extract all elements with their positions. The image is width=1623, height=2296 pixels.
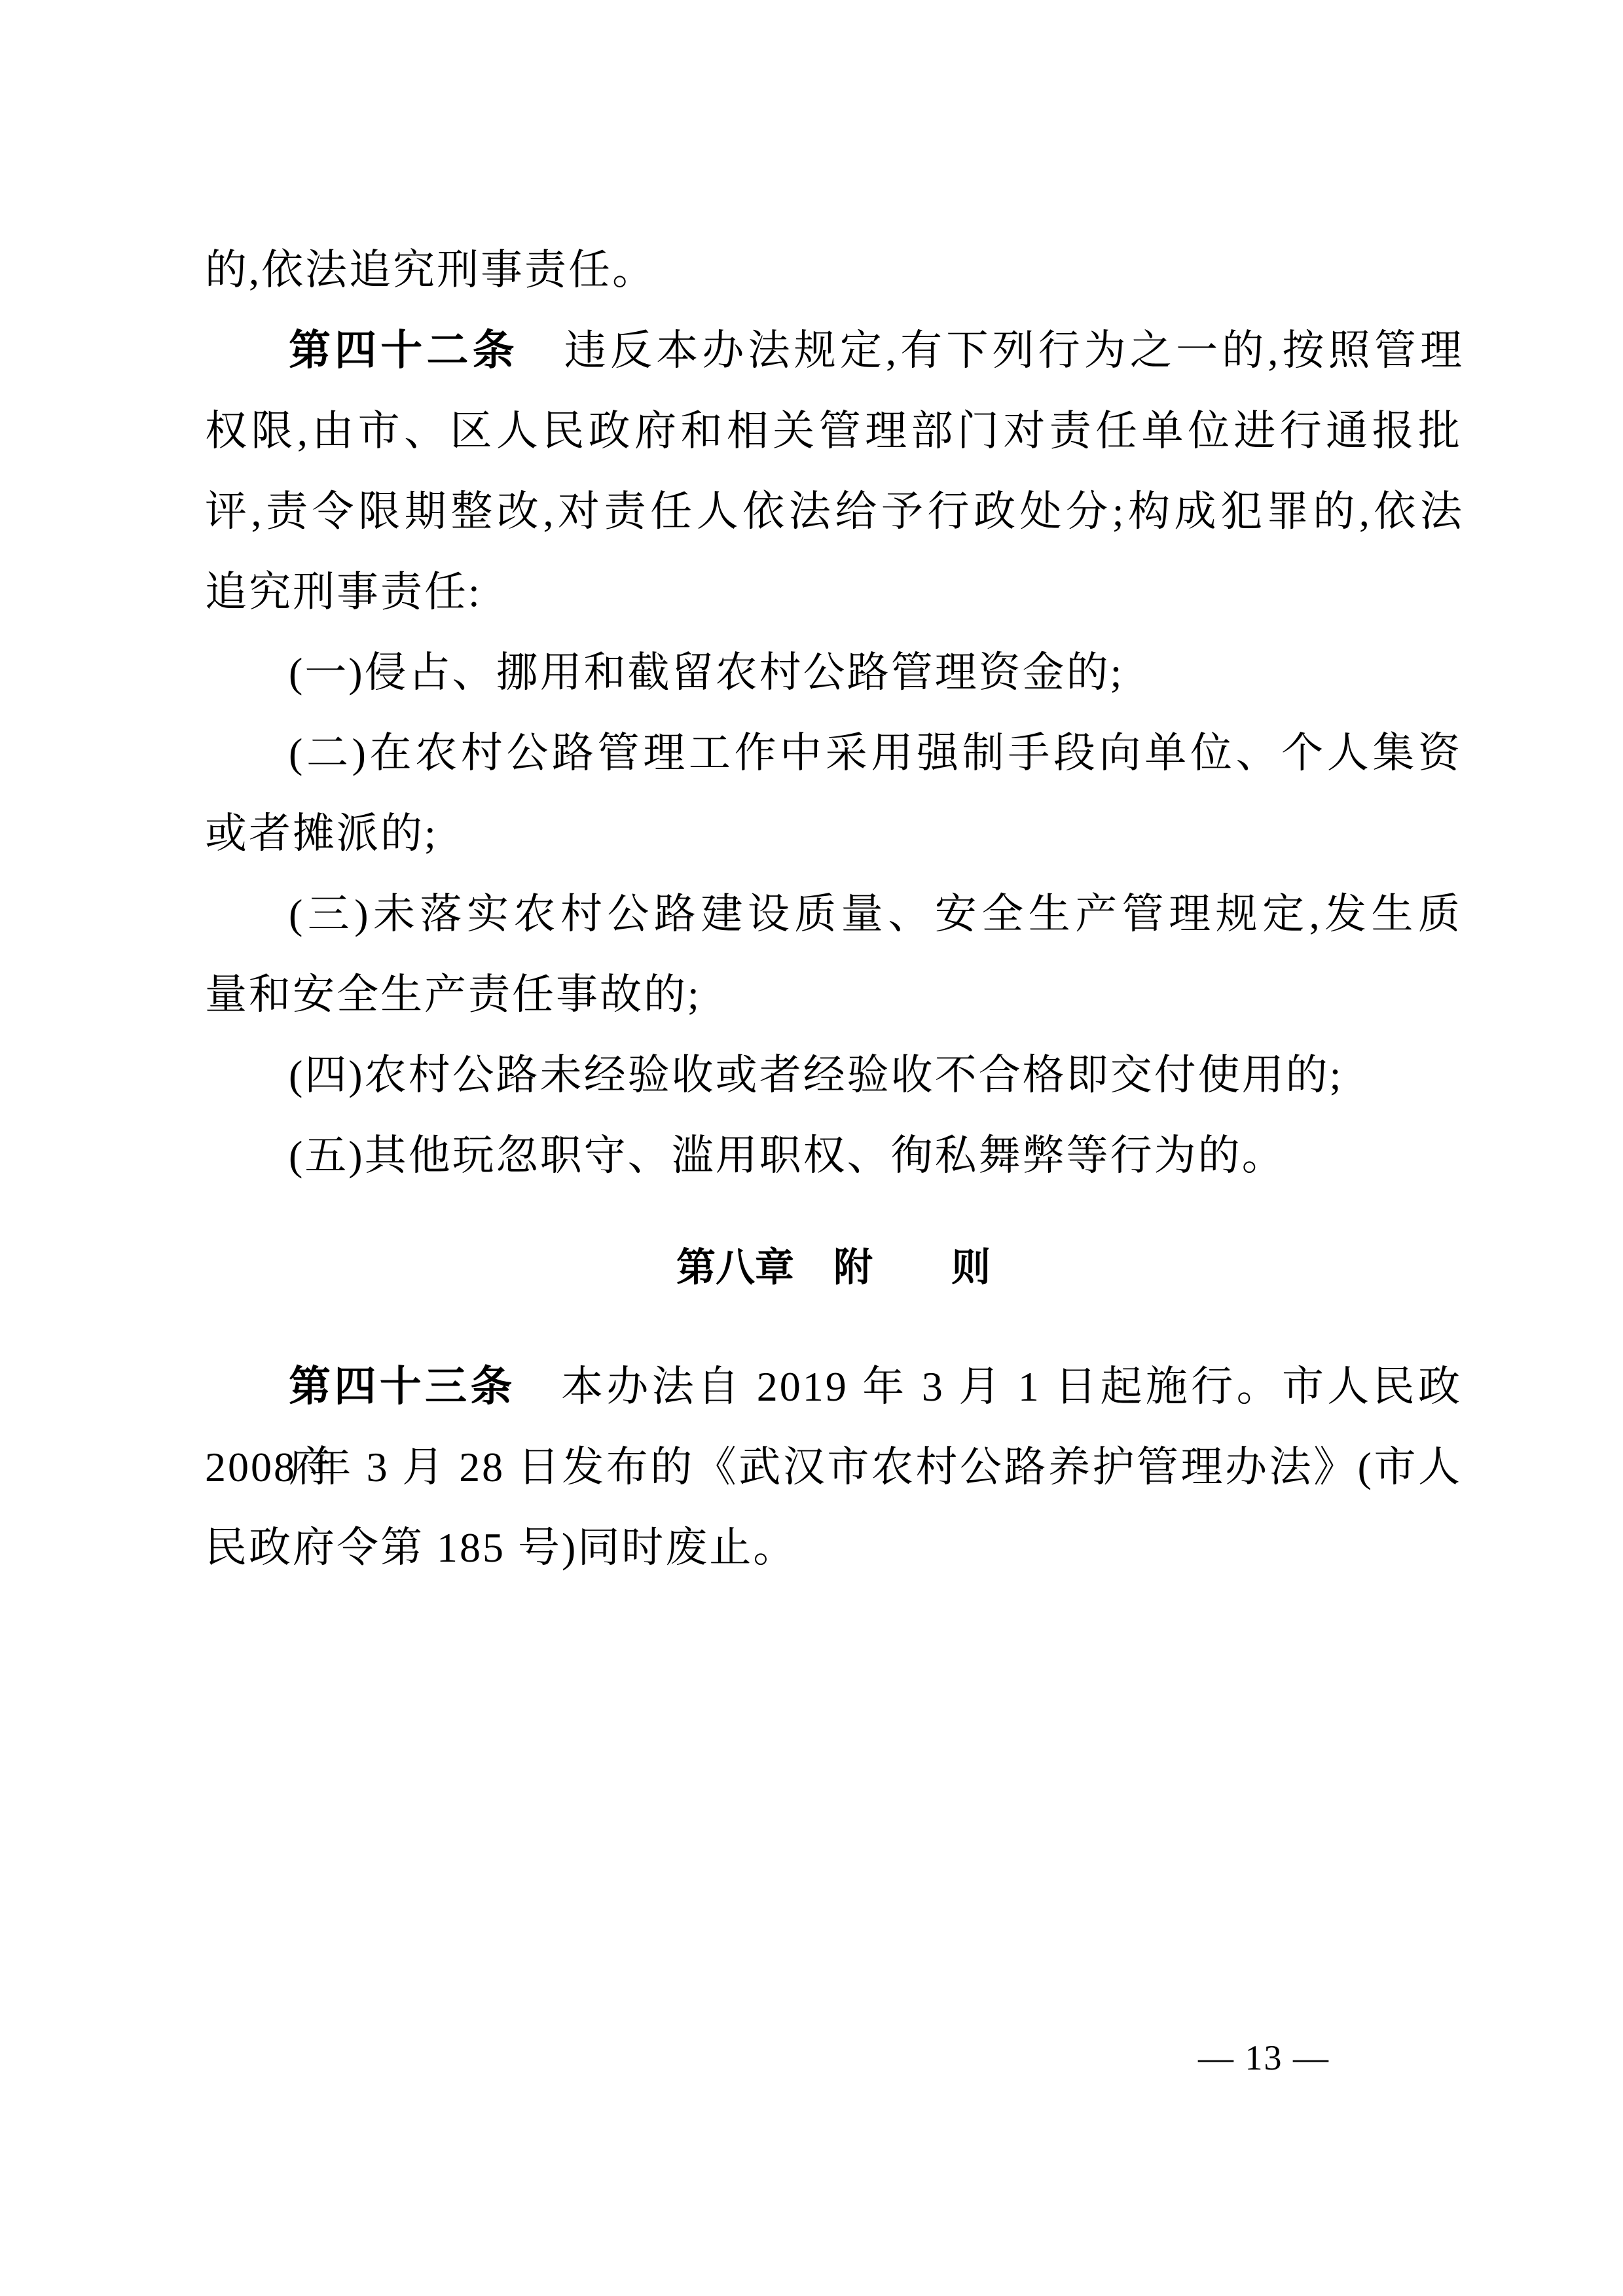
text-line: 评,责令限期整改,对责任人依法给予行政处分;构成犯罪的,依法 [205, 471, 1462, 552]
list-item-line: (二)在农村公路管理工作中采用强制手段向单位、个人集资 [205, 713, 1462, 793]
chapter-heading: 第八章 附 则 [205, 1227, 1462, 1308]
text-line: 的,依法追究刑事责任。 [205, 230, 1462, 310]
text-line: 权限,由市、区人民政府和相关管理部门对责任单位进行通报批 [205, 391, 1462, 471]
list-item-line: (一)侵占、挪用和截留农村公路管理资金的; [205, 632, 1462, 713]
article-number: 第四十二条 [289, 327, 519, 374]
list-item-line: (五)其他玩忽职守、滥用职权、徇私舞弊等行为的。 [205, 1115, 1462, 1196]
text-line: 2008 年 3 月 28 日发布的《武汉市农村公路养护管理办法》(市人 [205, 1427, 1462, 1507]
document-page: 的,依法追究刑事责任。 第四十二条 违反本办法规定,有下列行为之一的,按照管理 … [0, 0, 1623, 2296]
text-block: 的,依法追究刑事责任。 第四十二条 违反本办法规定,有下列行为之一的,按照管理 … [205, 230, 1462, 1588]
text-line: 追究刑事责任: [205, 552, 1462, 632]
list-item-line: (四)农村公路未经验收或者经验收不合格即交付使用的; [205, 1035, 1462, 1115]
text-line: 第四十二条 违反本办法规定,有下列行为之一的,按照管理 [205, 310, 1462, 391]
text-line: 量和安全生产责任事故的; [205, 954, 1462, 1035]
article-number: 第四十三条 [289, 1363, 516, 1410]
text-line: 第四十三条 本办法自 2019 年 3 月 1 日起施行。市人民政府 [205, 1346, 1462, 1427]
line-text: 违反本办法规定,有下列行为之一的,按照管理 [519, 327, 1462, 374]
text-line: 民政府令第 185 号)同时废止。 [205, 1507, 1462, 1588]
text-line: 或者摊派的; [205, 793, 1462, 874]
list-item-line: (三)未落实农村公路建设质量、安全生产管理规定,发生质 [205, 874, 1462, 954]
page-number: — 13 — [1198, 2037, 1330, 2079]
